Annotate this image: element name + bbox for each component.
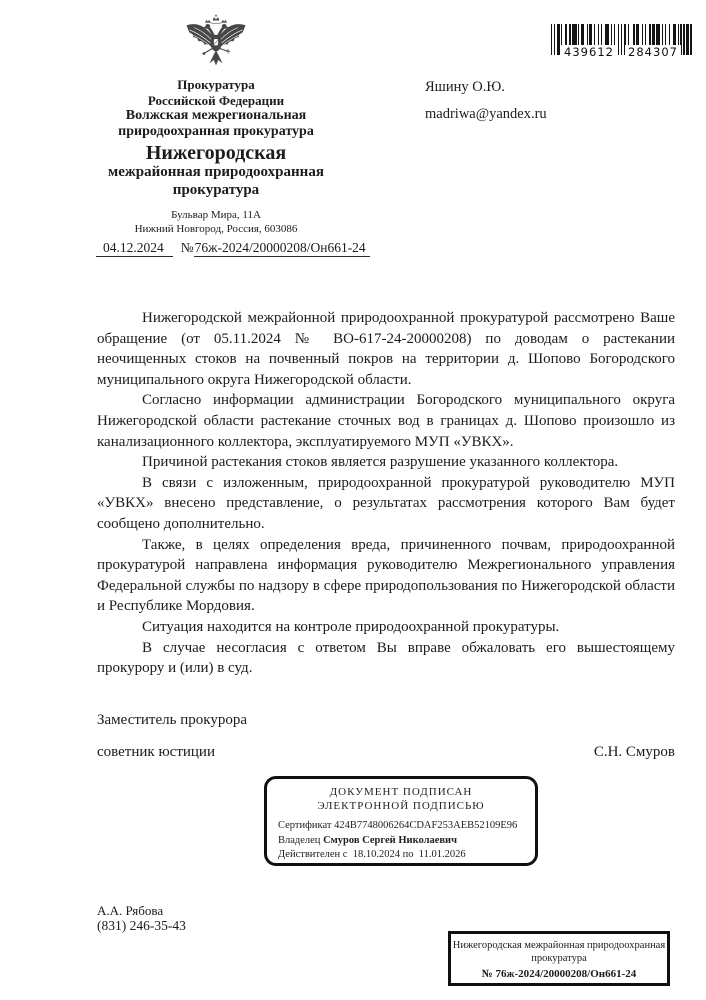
addressee-name: Яшину О.Ю.	[425, 79, 505, 96]
address-line: Бульвар Мира, 11А	[70, 208, 362, 222]
electronic-signature-stamp: ДОКУМЕНТ ПОДПИСАН ЭЛЕКТРОННОЙ ПОДПИСЬЮ С…	[264, 776, 538, 866]
org-name: прокуратура	[70, 182, 362, 200]
letterhead: Прокуратура Российской Федерации Волжска…	[70, 77, 362, 199]
executor-phone: (831) 246-35-43	[97, 918, 186, 934]
esign-certificate: Сертификат 424B7748006264CDAF253AEB52109…	[278, 819, 535, 834]
barcode-digits-right: 284307	[625, 45, 681, 59]
org-line: Волжская межрегиональная	[70, 108, 362, 124]
executor-name: А.А. Рябова	[97, 903, 163, 919]
org-name: Нижегородская	[70, 142, 362, 164]
esign-title-line1: ДОКУМЕНТ ПОДПИСАН	[267, 786, 535, 800]
addressee-email: madriwa@yandex.ru	[425, 106, 547, 123]
outgoing-reference: 04.12.2024№76ж-2024/20000208/Он661-24	[96, 240, 370, 256]
paragraph: Также, в целях определения вреда, причин…	[97, 535, 675, 617]
esign-owner: Владелец Смуров Сергей Николаевич	[278, 834, 535, 849]
barcode: 439612 284307	[551, 24, 692, 58]
org-line: природоохранная прокуратура	[70, 124, 362, 140]
signer-position-line2: советник юстиции	[97, 744, 215, 760]
org-line: Российской Федерации	[70, 93, 362, 109]
registration-org-line1: Нижегородская межрайонная природоохранна…	[451, 939, 667, 952]
address-line: Нижний Новгород, Россия, 603086	[70, 222, 362, 236]
letter-number: 76ж-2024/20000208/Он661-24	[194, 240, 370, 257]
number-sign: №	[181, 240, 194, 256]
org-address: Бульвар Мира, 11А Нижний Новгород, Росси…	[70, 208, 362, 236]
paragraph: Ситуация находится на контроле природоох…	[97, 617, 675, 638]
signer-name: С.Н. Смуров	[594, 744, 675, 761]
document-page: Прокуратура Российской Федерации Волжска…	[0, 0, 706, 1000]
paragraph: Согласно информации администрации Богоро…	[97, 390, 675, 452]
paragraph: В случае несогласия с ответом Вы вправе …	[97, 638, 675, 679]
russia-coat-of-arms-icon	[183, 13, 249, 73]
letter-body: Нижегородской межрайонной природоохранно…	[97, 308, 675, 679]
paragraph: Причиной растекания стоков является разр…	[97, 452, 675, 473]
paragraph: В связи с изложенным, природоохранной пр…	[97, 473, 675, 535]
registration-stamp: Нижегородская межрайонная природоохранна…	[448, 931, 670, 986]
letter-date: 04.12.2024	[96, 240, 173, 257]
esign-title-line2: ЭЛЕКТРОННОЙ ПОДПИСЬЮ	[267, 800, 535, 814]
paragraph: Нижегородской межрайонной природоохранно…	[97, 308, 675, 390]
barcode-digits-left: 439612	[561, 45, 617, 59]
org-line: Прокуратура	[70, 77, 362, 93]
esign-validity: Действителен с 18.10.2024 по 11.01.2026	[278, 848, 535, 863]
esign-title: ДОКУМЕНТ ПОДПИСАН ЭЛЕКТРОННОЙ ПОДПИСЬЮ	[267, 786, 535, 813]
esign-details: Сертификат 424B7748006264CDAF253AEB52109…	[278, 819, 535, 863]
registration-number: № 76ж-2024/20000208/Он661-24	[451, 968, 667, 981]
signer-position-line1: Заместитель прокурора	[97, 712, 247, 729]
signature-row: советник юстиции С.Н. Смуров	[97, 744, 675, 761]
registration-org-line2: прокуратура	[451, 952, 667, 965]
org-name: межрайонная природоохранная	[70, 164, 362, 182]
